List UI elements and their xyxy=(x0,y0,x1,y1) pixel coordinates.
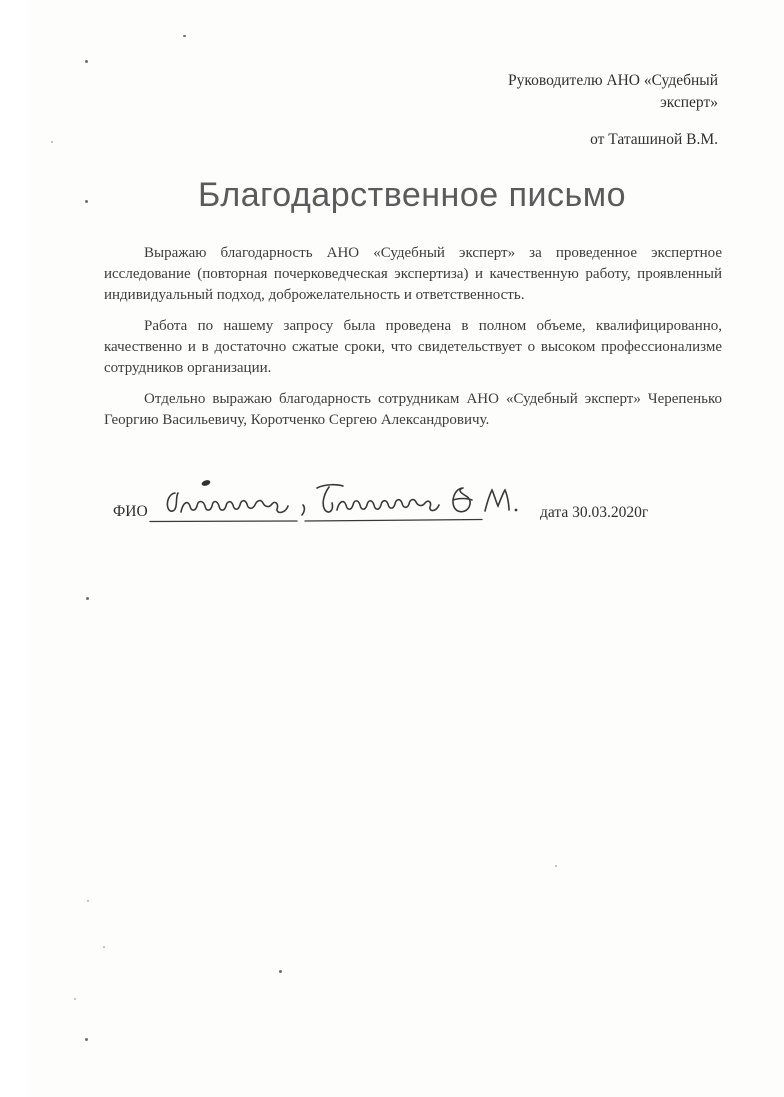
paragraph-2: Работа по нашему запросу была проведена … xyxy=(104,316,722,379)
signature-dot xyxy=(515,509,518,512)
signature-stroke xyxy=(337,500,439,511)
fio-label: ФИО xyxy=(113,503,148,521)
signature-comma xyxy=(302,505,304,515)
signature-initial-m xyxy=(485,490,509,511)
scan-speck xyxy=(51,141,53,143)
scan-speck xyxy=(86,597,89,600)
scan-speck xyxy=(555,865,557,867)
handwritten-signature xyxy=(145,476,525,526)
signature-initial-v xyxy=(453,499,472,501)
scan-speck xyxy=(85,1038,88,1041)
recipient-block: Руководителю АНО «Судебный эксперт» от Т… xyxy=(418,70,718,151)
letter-body: Выражаю благодарность АНО «Судебный эксп… xyxy=(104,243,722,441)
scan-speck xyxy=(103,946,105,948)
signature-underline xyxy=(150,521,297,522)
scan-speck xyxy=(85,200,88,203)
signature-stroke xyxy=(167,493,178,511)
signature-stroke xyxy=(323,487,332,512)
letter-title: Благодарственное письмо xyxy=(103,176,721,215)
ink-blot xyxy=(201,479,211,487)
signature-underline xyxy=(305,520,482,522)
scan-speck xyxy=(74,998,76,1000)
scan-speck xyxy=(87,900,89,902)
scan-speck xyxy=(183,35,186,37)
date-label: дата 30.03.2020г xyxy=(540,504,648,522)
signature-stroke xyxy=(181,501,288,513)
paragraph-1: Выражаю благодарность АНО «Судебный эксп… xyxy=(104,243,722,306)
scan-speck xyxy=(85,60,88,63)
paragraph-3: Отдельно выражаю благодарность сотрудник… xyxy=(104,389,722,431)
recipient-line-2: эксперт» xyxy=(418,92,718,114)
scanned-letter-page: Руководителю АНО «Судебный эксперт» от Т… xyxy=(0,0,784,1097)
signature-stroke xyxy=(317,485,343,488)
sender-line: от Таташиной В.М. xyxy=(418,129,718,151)
recipient-line-1: Руководителю АНО «Судебный xyxy=(418,70,718,92)
scan-speck xyxy=(279,970,282,973)
